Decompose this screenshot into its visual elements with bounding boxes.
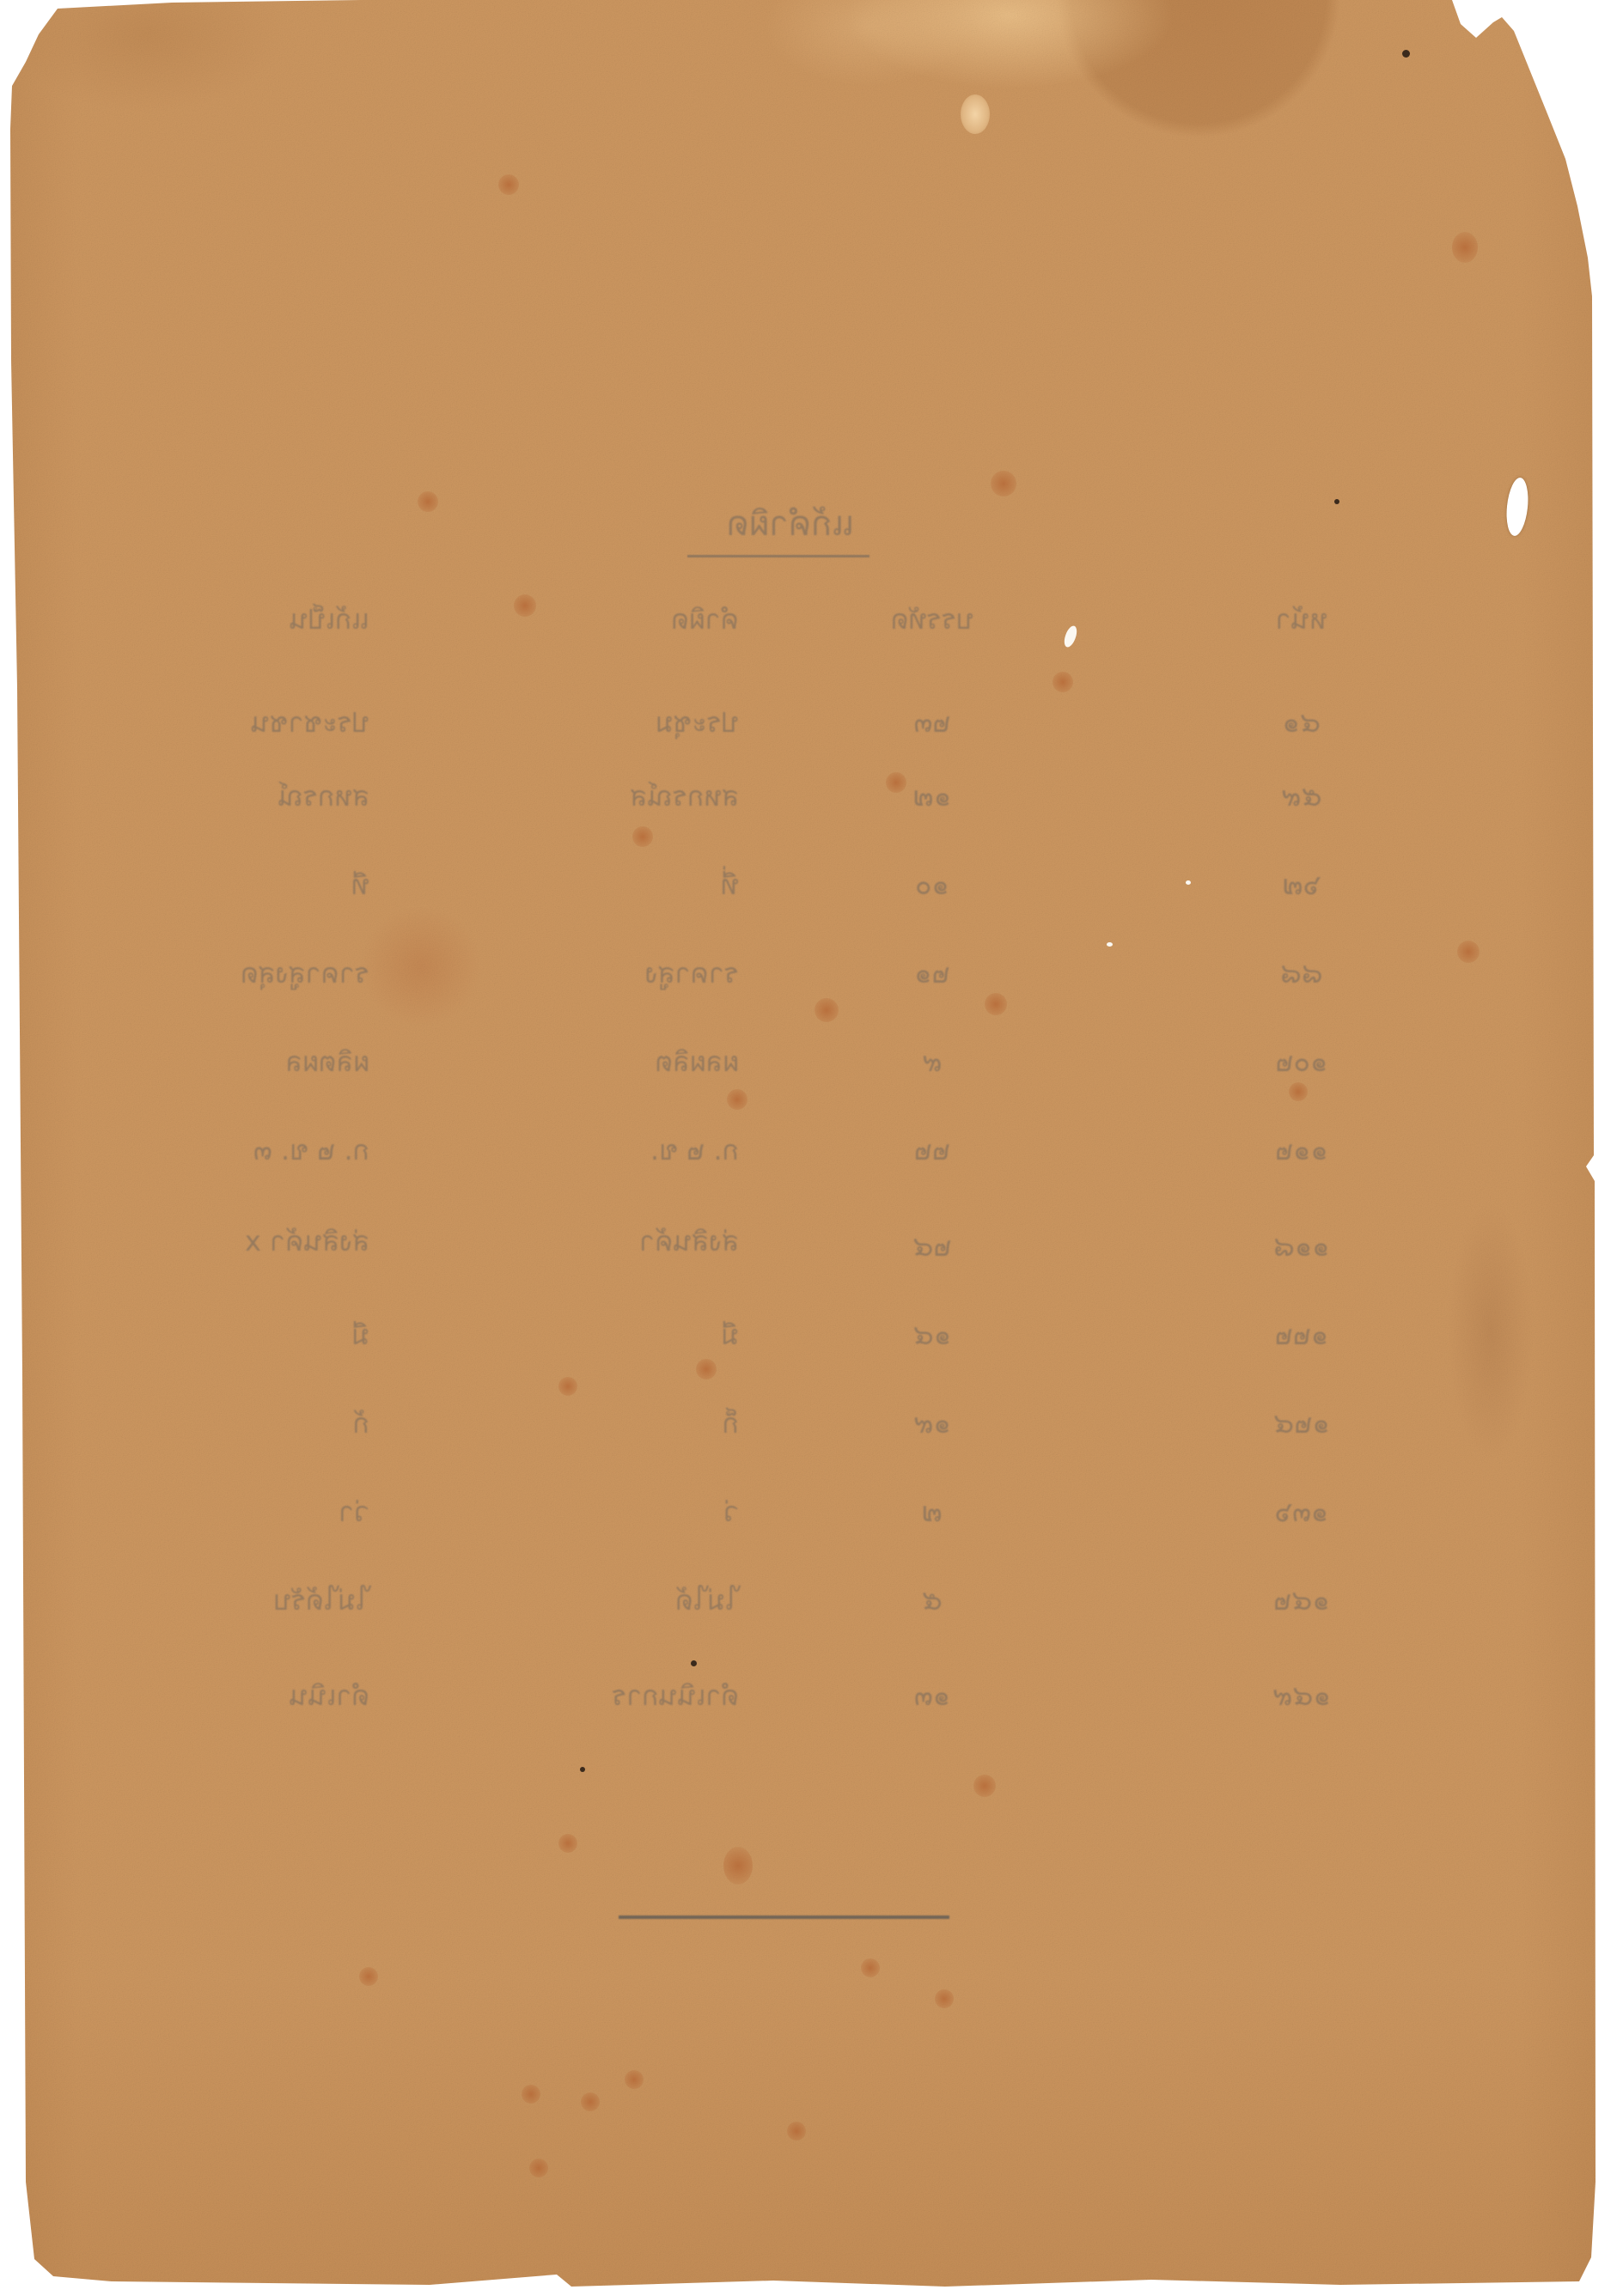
header-page: หน้า [1233,606,1370,633]
foxing-spot [529,2159,548,2177]
cell-page: ๑๒๔ [1233,1410,1370,1437]
cell-correct: มี [163,1321,369,1349]
cell-page: ๑๔๒ [1233,1586,1370,1614]
cell-correct: ผลิตผล [163,1048,369,1075]
cell-wrong: สหกรณ์ส [494,783,739,810]
foxing-spot [1452,232,1478,263]
cell-line: ๑๐ [863,871,1001,898]
foxing-spot [418,491,438,512]
foxing-spot [522,2085,540,2104]
cell-page: ๑๑๘ [1233,1233,1370,1260]
cell-line: ๒๔ [863,1233,1001,1260]
cell-wrong: ส่งสินค้า [494,1227,739,1255]
cell-wrong: ผลผลิต [494,1048,739,1075]
cell-page: ๑๓๖ [1233,1498,1370,1526]
dark-speck [691,1660,697,1666]
dark-speck [580,1767,585,1772]
foxing-spot [1457,941,1480,963]
foxing-spot [815,998,839,1022]
cell-wrong: ก็ [494,1410,739,1437]
paper-chip [1107,942,1113,947]
cell-wrong: ก. ๒ ข. [494,1136,739,1164]
cell-correct: ราคาสูงสุด [163,959,369,987]
cell-line: ๒๑ [863,959,1001,987]
title-underline [687,555,869,557]
cell-line: ๑๔ [863,1321,1001,1349]
foxing-spot [581,2092,600,2111]
foxing-spot [625,2070,644,2089]
cell-line: ๒๒ [863,1136,1001,1164]
aged-paper-sheet: แก้คำผิด แก้เป็น คำผิด บรรทัด หน้า ประชา… [0,0,1623,2296]
foxing-spot [985,993,1007,1015]
cell-correct: สหกรณ์ [163,783,369,810]
cell-wrong: ที่ [494,871,739,898]
dark-speck [1402,50,1410,58]
header-wrong: คำผิด [494,606,739,633]
document-title: แก้คำผิด [653,507,928,541]
light-stain [961,94,990,134]
cell-correct: ว่า [163,1498,369,1526]
cell-correct: ไม่ได้รับ [163,1586,369,1614]
cell-wrong: มี [494,1321,739,1349]
foxing-spot [558,1834,577,1853]
cell-page: ๑๐๒ [1233,1048,1370,1075]
foxing-spot [861,1958,880,1977]
cell-page: ๔๑ [1233,709,1370,736]
cell-page: ๑๑๒ [1233,1136,1370,1164]
foxing-spot [973,1775,996,1797]
cell-wrong: ราคาสูง [494,959,739,987]
foxing-spot [696,1359,717,1379]
cell-page: ๘๘ [1233,959,1370,987]
cell-wrong: ไม่ได้ [494,1586,739,1614]
paper-chip [1186,880,1191,885]
cell-correct: ประชาชน [163,709,369,736]
header-correct: แก้เป็น [163,606,369,633]
cell-wrong: ว่ [494,1498,739,1526]
cell-line: ๗ [863,1498,1001,1526]
foxing-spot [787,2122,806,2141]
cell-page: ๖๗ [1233,871,1370,898]
header-line: บรรทัด [863,606,1001,633]
foxing-spot [1289,1082,1308,1101]
cell-line: ๒๓ [863,709,1001,736]
cell-page: ๑๒๒ [1233,1321,1370,1349]
cell-correct: ดำเนิน [163,1682,369,1709]
closing-divider-line [619,1915,949,1919]
cell-wrong: ประชุม [494,709,739,736]
cell-page: ๕๙ [1233,783,1370,810]
cell-line: ๑๓ [863,1682,1001,1709]
foxing-spot [723,1847,753,1885]
foxing-spot [632,826,653,847]
cell-page: ๑๔๙ [1233,1682,1370,1709]
foxing-spot [991,471,1016,496]
dark-speck [1334,499,1339,504]
foxing-spot [1053,672,1073,692]
cell-line: ๙ [863,1048,1001,1075]
foxing-spot [359,1967,378,1986]
cell-correct: ส่งสินค้า x [163,1227,369,1255]
cell-correct: ก้ [163,1410,369,1437]
foxing-spot [727,1089,747,1110]
foxing-spot [935,1989,954,2008]
cell-line: ๑๙ [863,1410,1001,1437]
cell-correct: ที [163,871,369,898]
foxing-spot [558,1377,577,1396]
foxing-spot [498,174,519,195]
cell-wrong: ดำเนินการ [494,1682,739,1709]
cell-line: ๑๗ [863,783,1001,810]
cell-line: ๕ [863,1586,1001,1614]
cell-correct: ก. ๒ ข. ๓ [163,1136,369,1164]
